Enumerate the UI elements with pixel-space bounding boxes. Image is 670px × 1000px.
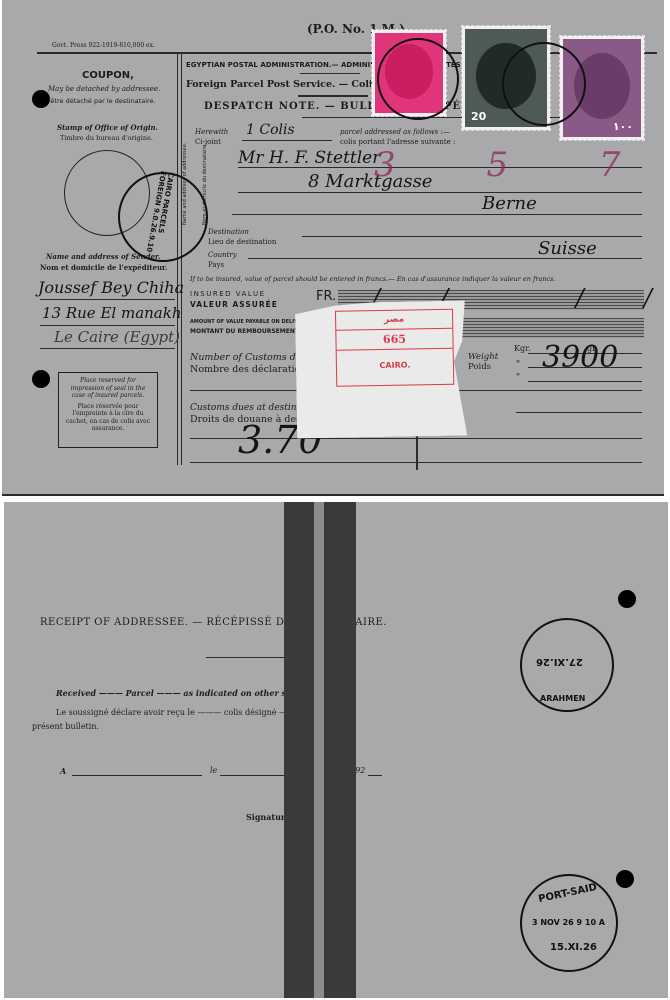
place-label: A	[60, 766, 66, 776]
label-sep	[337, 348, 453, 351]
adhesive-tape-strip	[284, 502, 356, 998]
sender-label-fr: Nom et domicile de l'expéditeur.	[40, 263, 168, 272]
punch-hole	[32, 370, 50, 388]
cod-fr: MONTANT DU REMBOURSEMENT	[190, 328, 299, 335]
punch-hole	[618, 590, 636, 608]
weight-value: 3900	[542, 340, 618, 375]
seal-box: Place reserved for impression of seal in…	[58, 372, 158, 448]
stamp-origin-fr: Timbre du bureau d'origine.	[60, 134, 153, 142]
place-rule	[72, 775, 202, 776]
red-pencil-marks: 3 5 7 4	[374, 145, 664, 185]
stamp-origin-en: Stamp of Office of Origin.	[57, 123, 158, 132]
press-note: Govt. Press 922-1919-810,000 ex.	[52, 42, 155, 49]
year-rule	[368, 775, 382, 776]
destination-en: Destination	[208, 228, 249, 236]
parcel-label: مصر 665 CAIRO.	[295, 301, 467, 439]
destination-fr: Lieu de destination	[208, 238, 276, 246]
ornament-rule	[300, 73, 360, 74]
stamp-cancel-postmark-2	[502, 42, 586, 126]
herewith-value: 1 Colis	[246, 122, 295, 138]
addressee-rule-3	[232, 214, 642, 215]
country-rule	[248, 258, 642, 259]
herewith-en: Herewith	[195, 128, 228, 136]
postmark-text: CAIRO PARCELS FOREIGN 9.0.26.9.10	[143, 170, 175, 265]
currency-label: FR.	[316, 289, 336, 304]
sender-rule-2	[40, 325, 175, 326]
postmark-top: PORT-SAID	[538, 882, 599, 905]
stamp-value: ١٠٠	[613, 120, 633, 133]
seal-box-en: Place reserved for impression of seal in…	[64, 377, 152, 400]
herewith-rule	[242, 140, 332, 141]
postmark-bottom: 15.XI.26	[550, 942, 597, 953]
insured-en: INSURED VALUE	[190, 290, 266, 298]
sender-rule-3	[40, 348, 175, 349]
country-value: Suisse	[538, 238, 597, 259]
stamp-cancel-postmark-1	[377, 38, 459, 120]
customs-dues-rule	[516, 412, 642, 413]
punch-hole	[616, 870, 634, 888]
label-number: 665	[336, 332, 452, 347]
cairo-parcels-postmark: CAIRO PARCELS FOREIGN 9.0.26.9.10	[118, 172, 208, 262]
weight-rule-3	[528, 381, 642, 382]
despatch-note-front: (P.O. No. 1 M.) Govt. Press 922-1919-810…	[2, 0, 664, 496]
weight-fr: Poids	[468, 362, 491, 372]
coupon-title: COUPON,	[82, 70, 134, 81]
coupon-subtitle-fr: Peut être détaché par le destinataire.	[34, 97, 156, 105]
sender-rule-1	[40, 299, 175, 300]
received-en: Received ——— Parcel ——— as indicated on …	[56, 688, 302, 698]
sender-line-2: 13 Rue El manakh	[42, 304, 182, 322]
punch-hole	[32, 90, 50, 108]
received-fr-2: présent bulletin.	[32, 722, 99, 731]
label-sep	[336, 328, 452, 331]
addressee-line-3: Berne	[482, 193, 537, 214]
service-rule	[298, 95, 368, 97]
seal-box-fr: Place réservée pour l'empreinte à la cir…	[64, 403, 152, 433]
country-en: Country	[208, 251, 237, 259]
insured-fr: VALEUR ASSURÉE	[190, 300, 278, 309]
port-said-postmark: PORT-SAID 3 NOV 26 9 10 A 15.XI.26	[520, 874, 618, 972]
addressee-rule-2	[238, 192, 642, 193]
sender-line-1: Joussef Bey Chiha	[38, 278, 184, 297]
postmark-bottom: ARAHMEN	[540, 694, 585, 703]
despatch-note-back: RECEIPT OF ADDRESSEE. — RÉCÉPISSÉ DU DES…	[4, 502, 668, 998]
bern-transit-postmark: 27.XI.26 ARAHMEN	[520, 618, 614, 712]
sender-line-3: Le Caire (Egypt)	[54, 328, 180, 346]
title-underline	[206, 657, 284, 658]
addressee-line-1: Mr H. F. Stettler	[238, 148, 380, 168]
ditto-2: "	[516, 373, 520, 383]
ditto-1: "	[516, 360, 520, 370]
insured-note: If to be insured, value of parcel should…	[190, 275, 556, 283]
label-frame: مصر 665 CAIRO.	[335, 309, 454, 387]
postmark-date: 27.XI.26	[536, 656, 583, 667]
cod-en: AMOUNT OF VALUE PAYABLE ON DELIVERY	[190, 319, 309, 325]
weight-unit-kg: Kgr.	[514, 344, 531, 353]
coupon-subtitle-en: May be detached by addressee.	[48, 85, 160, 93]
destination-rule	[302, 236, 642, 237]
country-fr: Pays	[208, 261, 224, 269]
label-arabic: مصر	[336, 314, 452, 326]
weight-en: Weight	[468, 352, 498, 362]
coupon-divider-2	[181, 53, 182, 465]
label-city: CAIRO.	[337, 360, 453, 371]
stamp-value: 20	[471, 110, 486, 123]
date-label: le	[210, 766, 217, 775]
postmark-date: 3 NOV 26 9 10 A	[532, 918, 605, 927]
parcel-addressed-en: parcel addressed as follows :—	[340, 128, 450, 136]
